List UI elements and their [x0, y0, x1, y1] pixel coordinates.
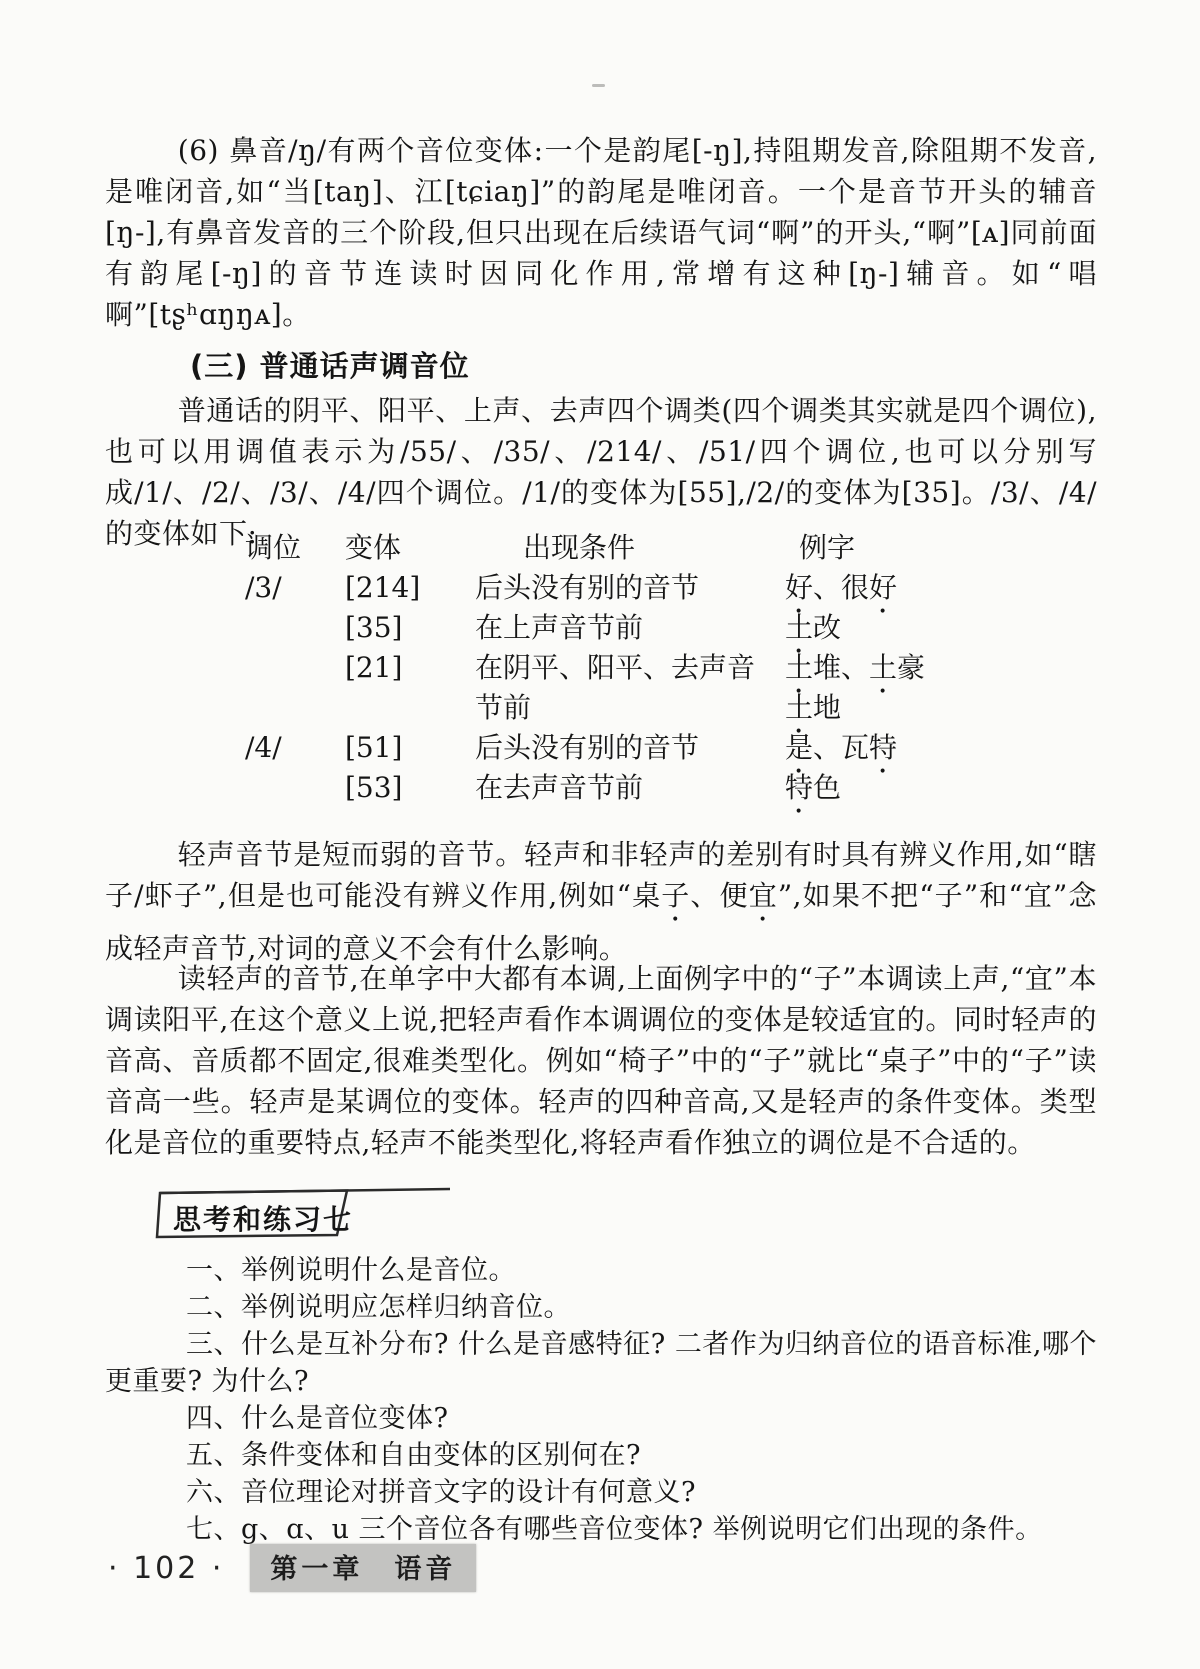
paragraph-neutral-tone-analysis: 读轻声的音节,在单字中大都有本调,上面例字中的“子”本调读上声,“宜”本调读阳平… [105, 958, 1097, 1163]
cell-tone [245, 768, 345, 820]
paragraph-nasal-phoneme: (6) 鼻音/ŋ/有两个音位变体:一个是韵尾[-ŋ],持阻期发音,除阻期不发音,… [105, 130, 1097, 335]
exercise-item: 六、音位理论对拼音文字的设计有何意义? [105, 1474, 1097, 1511]
page-number: · 102 · [108, 1551, 224, 1586]
page-footer: · 102 · 第一章 语音 [108, 1549, 476, 1587]
exercise-item: 四、什么是音位变体? [105, 1400, 1097, 1437]
exercise-item: 七、g、ɑ、u 三个音位各有哪些音位变体? 举例说明它们出现的条件。 [105, 1511, 1097, 1548]
exercise-box: 思考和练习七 [140, 1186, 460, 1246]
table-row: /4/ [51] 后头没有别的音节 是、瓦特 [245, 728, 1097, 768]
section-heading-tone-phonemes: (三) 普通话声调音位 [190, 349, 470, 383]
exercise-item: 一、举例说明什么是音位。 [105, 1252, 1097, 1289]
col-header-tone-position: 调位 [245, 528, 345, 568]
exercise-item: 五、条件变体和自由变体的区别何在? [105, 1437, 1097, 1474]
book-page: (6) 鼻音/ŋ/有两个音位变体:一个是韵尾[-ŋ],持阻期发音,除阻期不发音,… [0, 0, 1200, 1669]
table-row: [21] 在阴平、阳平、去声音 土堆、土豪 [245, 648, 1097, 688]
exercise-list: 一、举例说明什么是音位。 二、举例说明应怎样归纳音位。 三、什么是互补分布? 什… [105, 1252, 1097, 1548]
col-header-examples: 例字 [785, 528, 1097, 568]
scan-artifact-dash [592, 84, 605, 87]
table-row: 节前 土地 [245, 688, 1097, 728]
cell-examples: 特色 [785, 768, 1097, 820]
cell-condition: 在去声音节前 [475, 768, 785, 820]
col-header-variant: 变体 [345, 528, 475, 568]
table-row: [35] 在上声音节前 土改 [245, 608, 1097, 648]
chapter-label-badge: 第一章 语音 [250, 1544, 476, 1592]
paragraph-neutral-tone: 轻声音节是短而弱的音节。轻声和非轻声的差别有时具有辨义作用,如“瞎子/虾子”,但… [105, 834, 1097, 969]
table-row: [53] 在去声音节前 特色 [245, 768, 1097, 808]
exercise-item: 三、什么是互补分布? 什么是音感特征? 二者作为归纳音位的语音标准,哪个更重要?… [105, 1326, 1097, 1400]
cell-variant: [53] [345, 768, 475, 820]
tone-variant-table: 调位 变体 出现条件 例字 /3/ [214] 后头没有别的音节 好、很好 [3… [105, 528, 1097, 808]
col-header-condition: 出现条件 [475, 528, 785, 568]
table-row: /3/ [214] 后头没有别的音节 好、很好 [245, 568, 1097, 608]
exercise-box-title: 思考和练习七 [173, 1198, 353, 1238]
table-header-row: 调位 变体 出现条件 例字 [245, 528, 1097, 568]
exercise-item: 二、举例说明应怎样归纳音位。 [105, 1289, 1097, 1326]
